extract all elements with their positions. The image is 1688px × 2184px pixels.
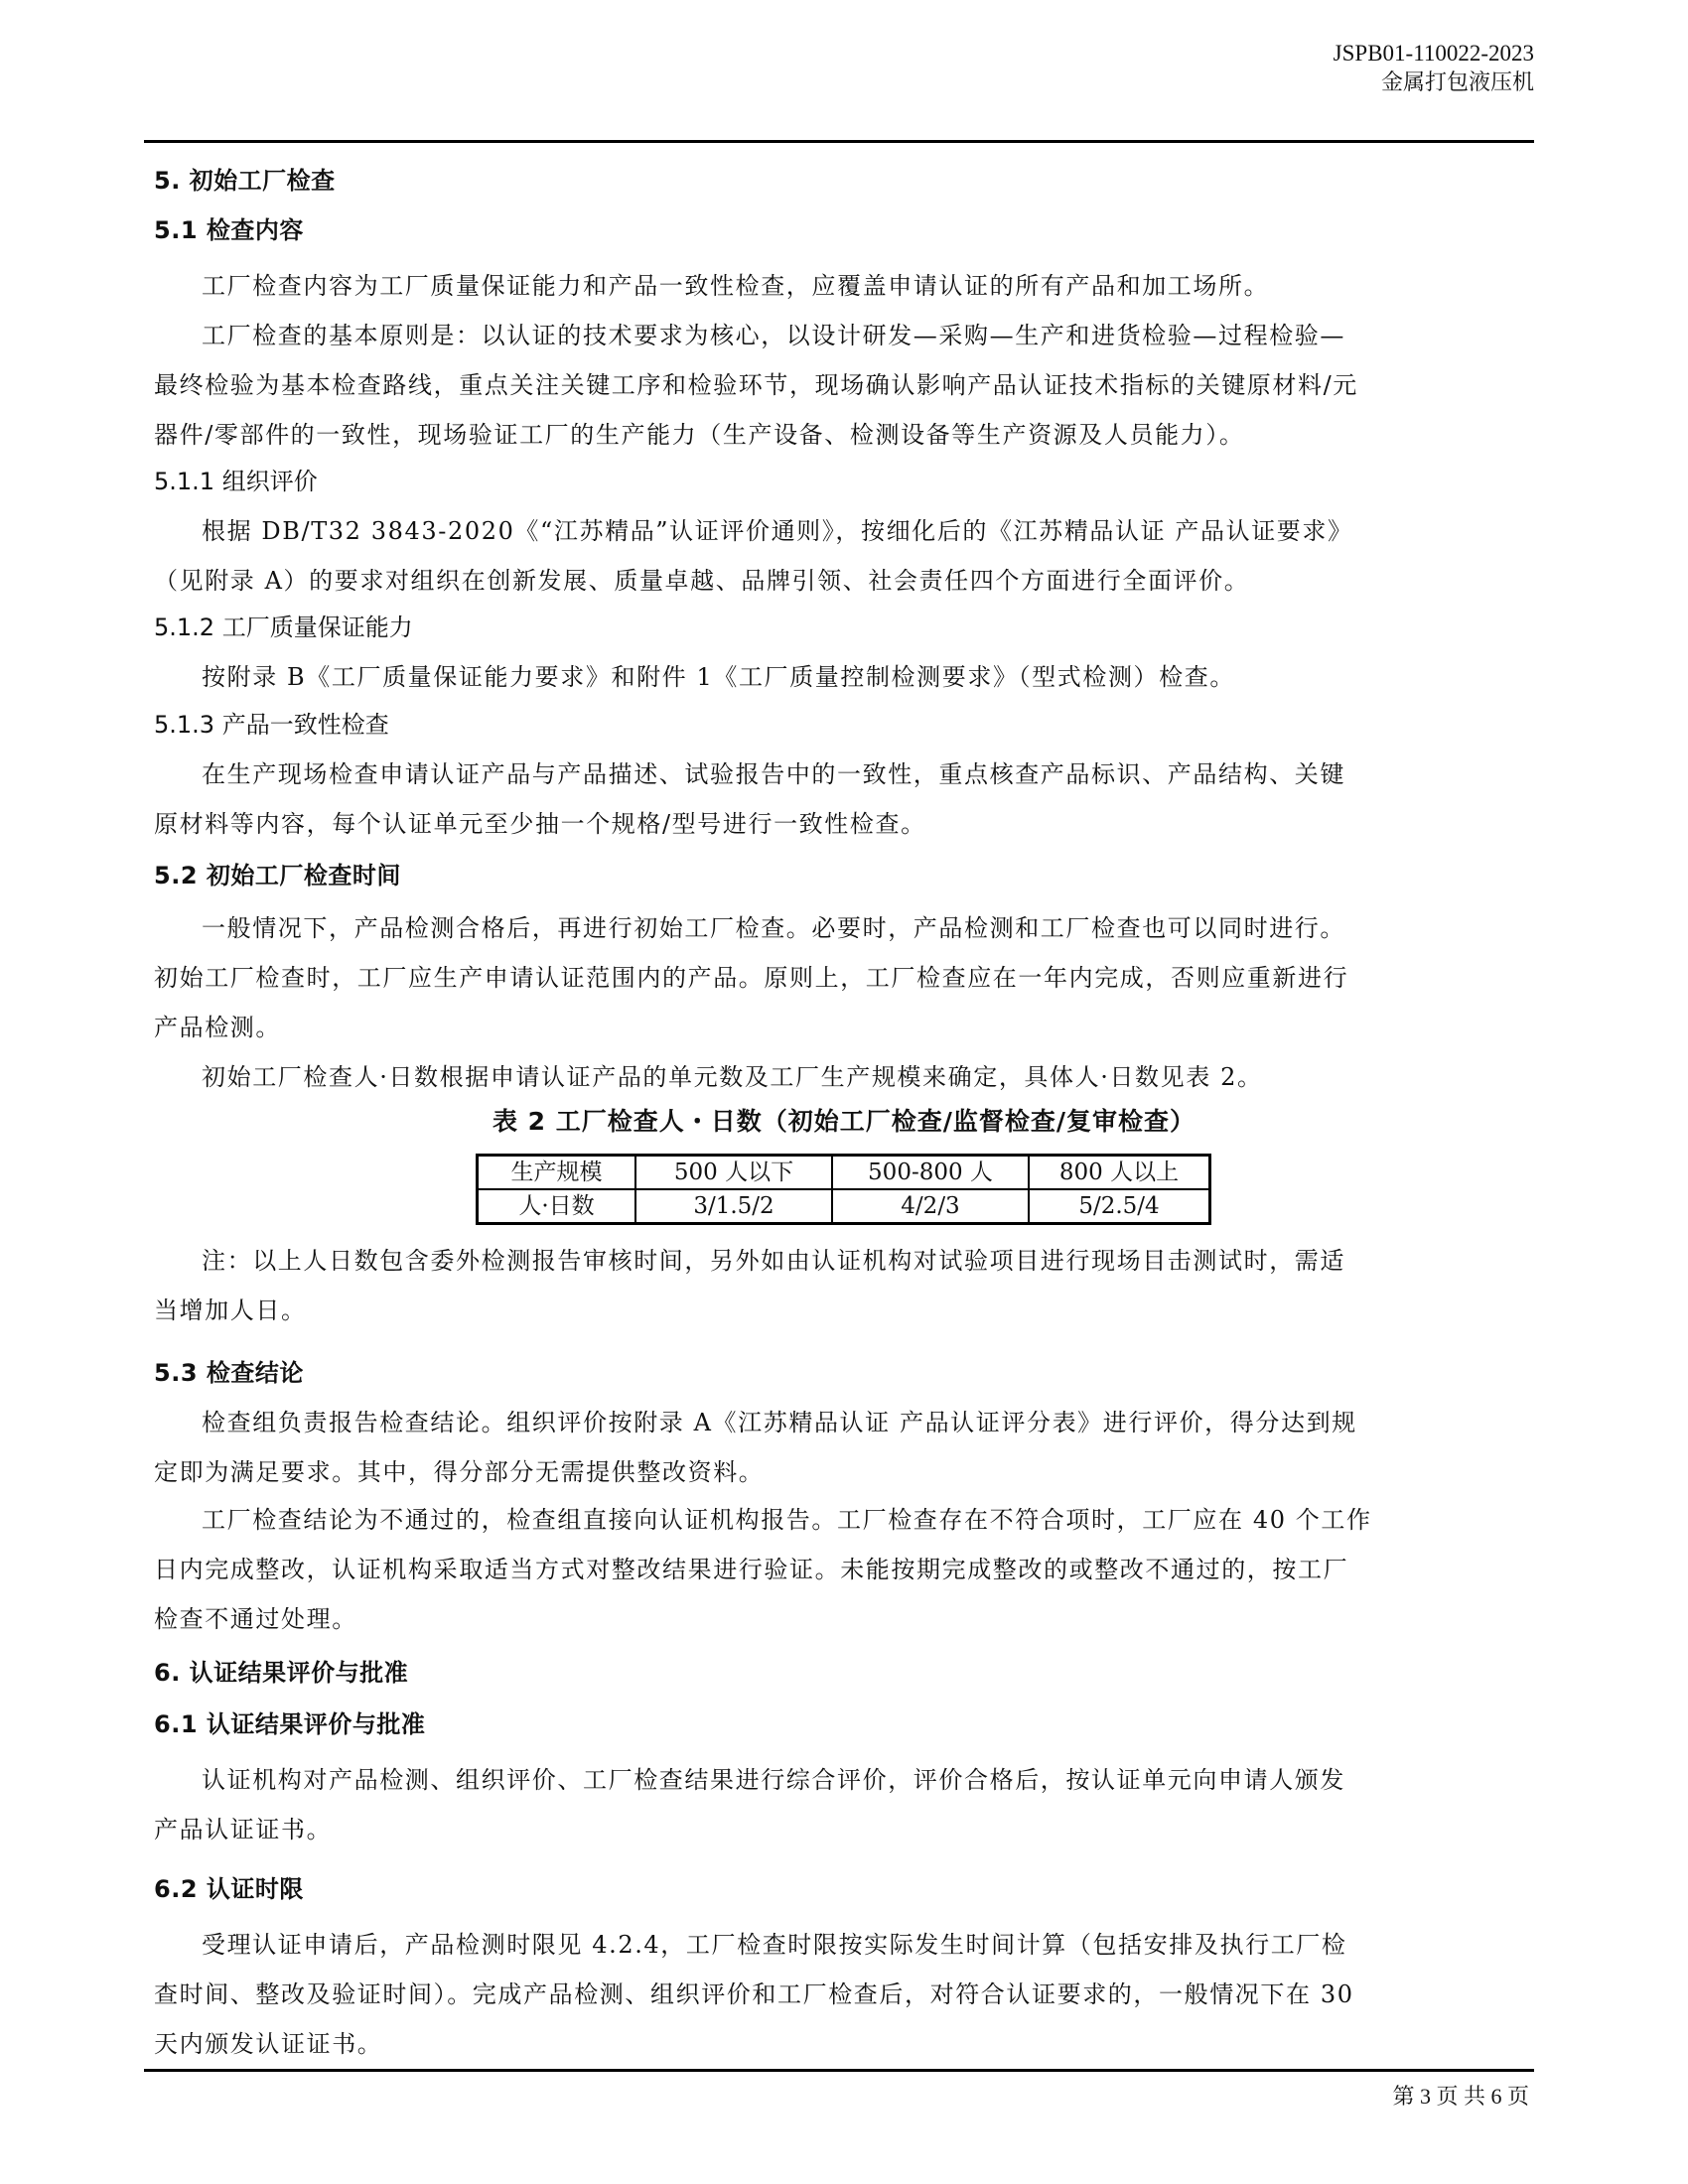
header-rule <box>144 140 1534 143</box>
section-5-1-3-title: 5.1.3 产品一致性检查 <box>154 705 1534 740</box>
paragraph: 按附录 B《工厂质量保证能力要求》和附件 1《工厂质量控制检测要求》（型式检测）… <box>154 657 1534 692</box>
section-5-1-title: 5.1 检查内容 <box>154 210 1534 245</box>
table-caption: 表 2 工厂检查人・日数（初始工厂检查/监督检查/复审检查） <box>0 1102 1688 1138</box>
section-6-2-title: 6.2 认证时限 <box>154 1869 1534 1904</box>
paragraph: 初始工厂检查人·日数根据申请认证产品的单元数及工厂生产规模来确定，具体人·日数见… <box>154 1057 1534 1092</box>
table-cell: 3/1.5/2 <box>635 1189 832 1224</box>
paragraph: 天内颁发认证证书。 <box>154 2024 1534 2059</box>
table-cell: 500 人以下 <box>635 1156 832 1190</box>
paragraph: 检查组负责报告检查结论。组织评价按附录 A《江苏精品认证 产品认证评分表》进行评… <box>154 1403 1534 1437</box>
table-cell: 人·日数 <box>478 1189 636 1224</box>
paragraph: 检查不通过处理。 <box>154 1599 1534 1634</box>
document-code: JSPB01-110022-2023 <box>1334 40 1534 68</box>
paragraph: 定即为满足要求。其中，得分部分无需提供整改资料。 <box>154 1452 1534 1487</box>
table-cell: 500-800 人 <box>832 1156 1029 1190</box>
paragraph: （见附录 A）的要求对组织在创新发展、质量卓越、品牌引领、社会责任四个方面进行全… <box>154 561 1534 596</box>
paragraph: 工厂检查内容为工厂质量保证能力和产品一致性检查，应覆盖申请认证的所有产品和加工场… <box>154 266 1534 301</box>
table-row: 生产规模 500 人以下 500-800 人 800 人以上 <box>478 1156 1210 1190</box>
paragraph: 初始工厂检查时，工厂应生产申请认证范围内的产品。原则上，工厂检查应在一年内完成，… <box>154 958 1534 993</box>
paragraph: 器件/零部件的一致性，现场验证工厂的生产能力（生产设备、检测设备等生产资源及人员… <box>154 415 1534 450</box>
section-5-1-2-title: 5.1.2 工厂质量保证能力 <box>154 608 1534 642</box>
paragraph: 工厂检查的基本原则是：以认证的技术要求为核心，以设计研发—采购—生产和进货检验—… <box>154 316 1534 350</box>
paragraph: 最终检验为基本检查路线，重点关注关键工序和检验环节，现场确认影响产品认证技术指标… <box>154 365 1534 400</box>
paragraph: 产品认证证书。 <box>154 1810 1534 1844</box>
table-cell: 生产规模 <box>478 1156 636 1190</box>
document-page: JSPB01-110022-2023 金属打包液压机 5. 初始工厂检查 5.1… <box>0 0 1688 2184</box>
paragraph: 查时间、整改及验证时间）。完成产品检测、组织评价和工厂检查后，对符合认证要求的，… <box>154 1975 1534 2009</box>
table-row: 人·日数 3/1.5/2 4/2/3 5/2.5/4 <box>478 1189 1210 1224</box>
section-5-title: 5. 初始工厂检查 <box>154 161 1534 196</box>
section-5-3-title: 5.3 检查结论 <box>154 1353 1534 1388</box>
section-6-1-title: 6.1 认证结果评价与批准 <box>154 1705 1534 1739</box>
table-cell: 800 人以上 <box>1029 1156 1210 1190</box>
footer-rule <box>144 2069 1534 2072</box>
table-cell: 4/2/3 <box>832 1189 1029 1224</box>
product-name: 金属打包液压机 <box>1381 69 1534 97</box>
paragraph: 受理认证申请后，产品检测时限见 4.2.4，工厂检查时限按实际发生时间计算（包括… <box>154 1925 1534 1960</box>
section-6-title: 6. 认证结果评价与批准 <box>154 1653 1534 1688</box>
page-number: 第 3 页 共 6 页 <box>1392 2080 1529 2111</box>
paragraph: 一般情况下，产品检测合格后，再进行初始工厂检查。必要时，产品检测和工厂检查也可以… <box>154 908 1534 943</box>
inspection-days-table: 生产规模 500 人以下 500-800 人 800 人以上 人·日数 3/1.… <box>476 1154 1211 1225</box>
table-cell: 5/2.5/4 <box>1029 1189 1210 1224</box>
paragraph: 在生产现场检查申请认证产品与产品描述、试验报告中的一致性，重点核查产品标识、产品… <box>154 754 1534 789</box>
section-5-2-title: 5.2 初始工厂检查时间 <box>154 856 1534 890</box>
table-note: 注：以上人日数包含委外检测报告审核时间，另外如由认证机构对试验项目进行现场目击测… <box>154 1241 1534 1276</box>
paragraph: 工厂检查结论为不通过的，检查组直接向认证机构报告。工厂检查存在不符合项时，工厂应… <box>154 1500 1534 1535</box>
paragraph: 原材料等内容，每个认证单元至少抽一个规格/型号进行一致性检查。 <box>154 804 1534 839</box>
section-5-1-1-title: 5.1.1 组织评价 <box>154 462 1534 496</box>
paragraph: 根据 DB/T32 3843-2020《“江苏精品”认证评价通则》，按细化后的《… <box>154 511 1534 546</box>
paragraph: 认证机构对产品检测、组织评价、工厂检查结果进行综合评价，评价合格后，按认证单元向… <box>154 1760 1534 1795</box>
paragraph: 日内完成整改，认证机构采取适当方式对整改结果进行验证。未能按期完成整改的或整改不… <box>154 1550 1534 1584</box>
table-note: 当增加人日。 <box>154 1291 1534 1325</box>
paragraph: 产品检测。 <box>154 1008 1534 1042</box>
